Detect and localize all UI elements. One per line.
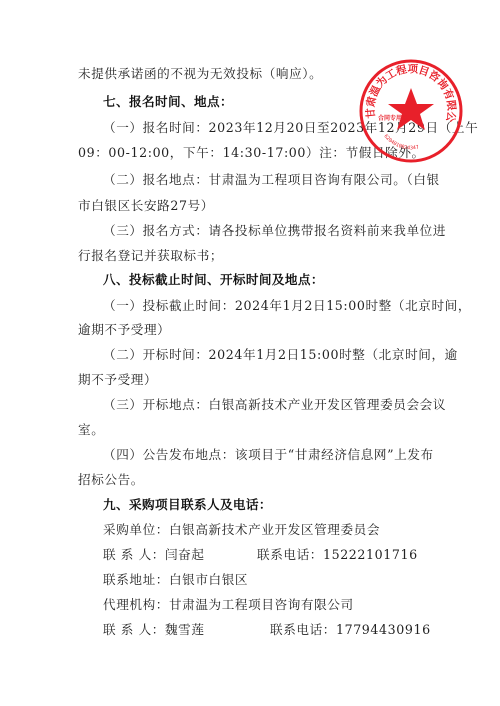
contact2-value: 魏雪莲 [165, 622, 205, 637]
phone1-value: 15222101716 [323, 547, 418, 562]
address-label: 联系地址： [103, 572, 169, 587]
seal-subtext: 合同专用章 [378, 114, 408, 122]
phone1-label: 联系电话： [257, 547, 323, 562]
section-heading-7: 七、报名时间、地点： [103, 94, 233, 110]
section-heading-8: 八、投标截止时间、开标时间及地点： [103, 272, 324, 288]
text-line: 招标公告。 [78, 472, 144, 488]
agency-label: 代理机构： [103, 597, 169, 612]
text-line: 室。 [78, 422, 104, 438]
text-line: （四）公告发布地点：该项目于“甘肃经济信息网”上发布 [103, 447, 434, 463]
section-heading-9: 九、采购项目联系人及电话： [103, 497, 272, 513]
svg-text:6204010024347: 6204010024347 [382, 133, 419, 151]
contact-purchaser: 采购单位：白银高新技术产业开发区管理委员会 [103, 522, 380, 538]
seal-icon: 甘肃温为工程项目咨询有限公司 合同专用章 6204010024347 [358, 58, 464, 164]
text-line: （三）开标地点：白银高新技术产业开发区管理委员会会议 [103, 397, 446, 413]
text-line: （二）开标时间：2024年1月2日15:00时整（北京时间，逾 [103, 347, 458, 363]
text-line: （二）报名地点：甘肃温为工程项目咨询有限公司。（白银 [103, 172, 440, 188]
text-line: （三）报名方式：请各投标单位携带报名资料前来我单位进 [103, 223, 446, 239]
phone2-label: 联系电话： [270, 622, 336, 637]
text-line: 市白银区长安路27号） [78, 198, 214, 214]
contact1-label: 联 系 人： [103, 547, 165, 562]
contact2-label: 联 系 人： [103, 622, 165, 637]
text-line: 期不予受理） [78, 372, 157, 388]
contact-agency: 代理机构：甘肃温为工程项目咨询有限公司 [103, 597, 354, 613]
phone2-value: 17794430916 [336, 622, 431, 637]
agency-value: 甘肃温为工程项目咨询有限公司 [169, 597, 354, 612]
contact-person-1: 联 系 人：闫奋起 联系电话：15222101716 [103, 547, 205, 563]
purchaser-value: 白银高新技术产业开发区管理委员会 [169, 522, 380, 537]
text-line: 未提供承诺函的不视为无效投标（响应）。 [78, 66, 322, 82]
text-line: （一）投标截止时间：2024年1月2日15:00时整（北京时间， [103, 298, 471, 314]
contact-person-2: 联 系 人：魏雪莲 联系电话：17794430916 [103, 622, 205, 638]
company-seal-stamp: 甘肃温为工程项目咨询有限公司 合同专用章 6204010024347 [358, 58, 464, 164]
text-line: 行报名登记并获取标书； [78, 248, 223, 264]
seal-number: 6204010024347 [382, 133, 419, 151]
purchaser-label: 采购单位： [103, 522, 169, 537]
contact-address: 联系地址：白银市白银区 [103, 572, 248, 588]
address-value: 白银市白银区 [169, 572, 248, 587]
contact1-value: 闫奋起 [165, 547, 205, 562]
text-line: 逾期不予受理） [78, 322, 170, 338]
